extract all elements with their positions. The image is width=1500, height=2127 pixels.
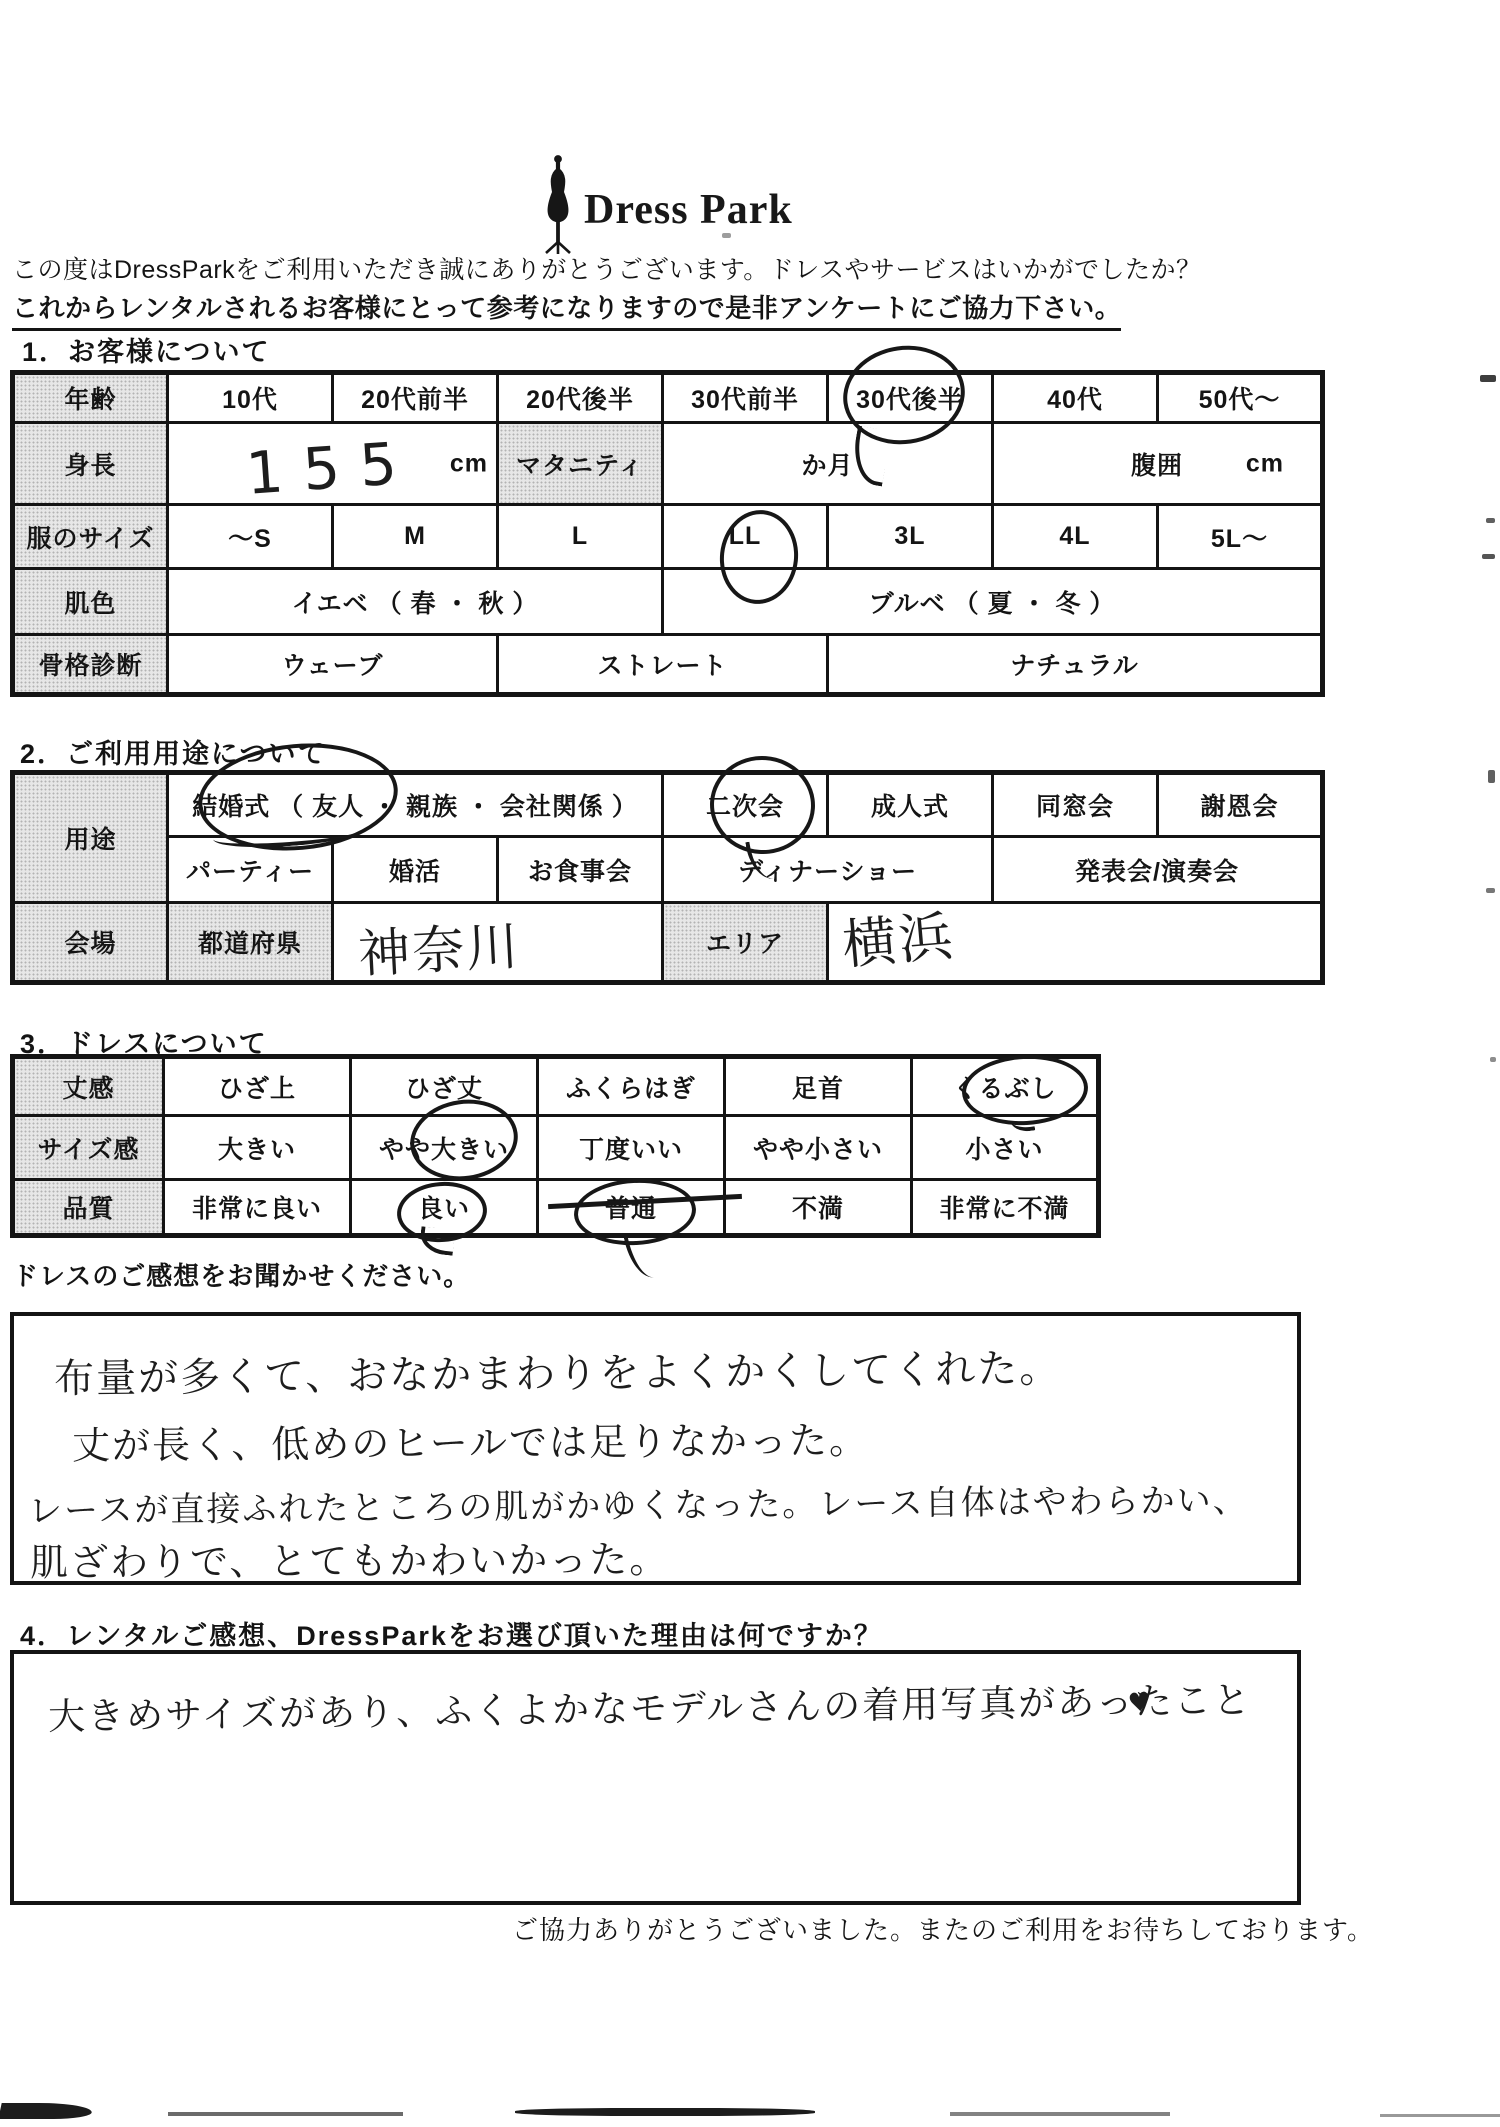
age-row: 年齢 10代 20代前半 20代後半 30代前半 30代後半 40代 50代～ (13, 373, 1323, 423)
handwritten-comment-line: 布量が多くて、おなかまわりをよくかくしてくれた。 (54, 1337, 1062, 1405)
size-option: 5L～ (1158, 505, 1323, 569)
quality-option: 非常に不満 (912, 1180, 1099, 1236)
quality-label: 品質 (13, 1180, 164, 1236)
skin-tone-row: 肌色 イエベ （ 春 ・ 秋 ） ブルベ （ 夏 ・ 冬 ） (13, 569, 1323, 635)
heart-mark: ♥ (1127, 1687, 1155, 1719)
size-option: ～S (168, 505, 333, 569)
age-label: 年齢 (13, 373, 168, 423)
prefecture-label: 都道府県 (168, 903, 333, 983)
purpose-option: 婚活 (333, 837, 498, 903)
circle-tail-quality-good (419, 1226, 456, 1255)
purpose-option: 同窓会 (993, 773, 1158, 837)
scan-artifact (168, 2112, 403, 2116)
skeleton-row: 骨格診断 ウェーブ ストレート ナチュラル (13, 635, 1323, 695)
clothing-size-row: 服のサイズ ～S M L LL 3L 4L 5L～ (13, 505, 1323, 569)
scan-artifact (1486, 518, 1495, 523)
scan-artifact (1480, 375, 1496, 382)
age-option: 10代 (168, 373, 333, 423)
purpose-option: 発表会/演奏会 (993, 837, 1323, 903)
purpose-option: ディナーショー (663, 837, 993, 903)
handwritten-area: 横浜 (839, 893, 957, 979)
scan-artifact (1486, 888, 1495, 893)
fit-option: 小さい (912, 1116, 1099, 1180)
venue-label: 会場 (13, 903, 168, 983)
skeleton-option: ストレート (498, 635, 828, 695)
height-label: 身長 (13, 423, 168, 505)
length-row: 丈感 ひざ上 ひざ丈 ふくらはぎ 足首 くるぶし (13, 1057, 1099, 1116)
age-option: 40代 (993, 373, 1158, 423)
height-row: 身長 cm マタニティ か月 腹囲 cm (13, 423, 1323, 505)
size-option: L (498, 505, 663, 569)
quality-option: 不満 (725, 1180, 912, 1236)
purpose-row-2: パーティー 婚活 お食事会 ディナーショー 発表会/演奏会 (13, 837, 1323, 903)
closing-thanks-text: ご協力ありがとうございました。またのご利用をお待ちしております。 (512, 1910, 1374, 1947)
venue-row: 会場 都道府県 エリア (13, 903, 1323, 983)
length-option: ひざ上 (164, 1057, 351, 1116)
waist-cell: 腹囲 cm (993, 423, 1323, 505)
dress-comment-prompt: ドレスのご感想をお聞かせください。 (12, 1256, 470, 1293)
scan-artifact (1490, 1057, 1496, 1062)
purpose-option: お食事会 (498, 837, 663, 903)
skeleton-option: ウェーブ (168, 635, 498, 695)
scan-artifact (722, 233, 731, 238)
size-option: 4L (993, 505, 1158, 569)
maternity-months-cell: か月 (663, 423, 993, 505)
handwritten-prefecture: 神奈川 (356, 904, 522, 987)
length-label: 丈感 (13, 1057, 164, 1116)
skeleton-label: 骨格診断 (13, 635, 168, 695)
handwritten-comment-line: 丈が長く、低めのヒールでは足りなかった。 (72, 1409, 869, 1470)
section4-heading: 4．レンタルご感想、DressParkをお選び頂いた理由は何ですか？ (20, 1614, 883, 1653)
scan-artifact (1488, 770, 1495, 783)
scan-artifact (0, 2103, 94, 2119)
fit-option: 丁度いい (538, 1116, 725, 1180)
intro-request-text: これからレンタルされるお客様にとって参考になりますので是非アンケートにご協力下さ… (12, 288, 1121, 331)
scan-artifact (950, 2112, 1170, 2116)
age-option: 20代後半 (498, 373, 663, 423)
size-option: 3L (828, 505, 993, 569)
dress-feedback-table: 丈感 ひざ上 ひざ丈 ふくらはぎ 足首 くるぶし サイズ感 大きい やや大きい … (10, 1054, 1101, 1238)
fit-row: サイズ感 大きい やや大きい 丁度いい やや小さい 小さい (13, 1116, 1099, 1180)
intro-thanks-text: この度はDressParkをご利用いただき誠にありがとうございます。ドレスやサー… (12, 250, 1201, 286)
waist-label: 腹囲 (1131, 452, 1183, 480)
brand-logo-text: Dress Park (584, 186, 793, 234)
fit-option: 大きい (164, 1116, 351, 1180)
purpose-option: 謝恩会 (1158, 773, 1323, 837)
length-option: ふくらはぎ (538, 1057, 725, 1116)
scan-artifact (1482, 554, 1495, 559)
size-label: 服のサイズ (13, 505, 168, 569)
handwritten-height-value: 155 (244, 428, 419, 508)
age-option: 20代前半 (333, 373, 498, 423)
fit-label: サイズ感 (13, 1116, 164, 1180)
skin-label: 肌色 (13, 569, 168, 635)
scan-artifact (515, 2108, 815, 2116)
maternity-label: マタニティ (498, 423, 663, 505)
purpose-option: 成人式 (828, 773, 993, 837)
handwritten-comment-line: 肌ざわりで、とてもかわいかった。 (30, 1528, 670, 1586)
skeleton-option: ナチュラル (828, 635, 1323, 695)
age-option: 30代前半 (663, 373, 828, 423)
dress-form-icon (540, 154, 576, 254)
area-label: エリア (663, 903, 828, 983)
height-unit: cm (450, 449, 488, 478)
survey-form-page: Dress Park この度はDressParkをご利用いただき誠にありがとうご… (0, 0, 1500, 2127)
skin-option: イエベ （ 春 ・ 秋 ） (168, 569, 663, 635)
length-option: 足首 (725, 1057, 912, 1116)
quality-option: 非常に良い (164, 1180, 351, 1236)
waist-unit: cm (1246, 449, 1284, 478)
section1-heading: 1．お客様について (22, 330, 270, 369)
purpose-label: 用途 (13, 773, 168, 903)
size-option: M (333, 505, 498, 569)
scan-artifact (1380, 2114, 1500, 2117)
customer-info-table: 年齢 10代 20代前半 20代後半 30代前半 30代後半 40代 50代～ … (10, 370, 1325, 697)
fit-option: やや小さい (725, 1116, 912, 1180)
age-option: 50代～ (1158, 373, 1323, 423)
